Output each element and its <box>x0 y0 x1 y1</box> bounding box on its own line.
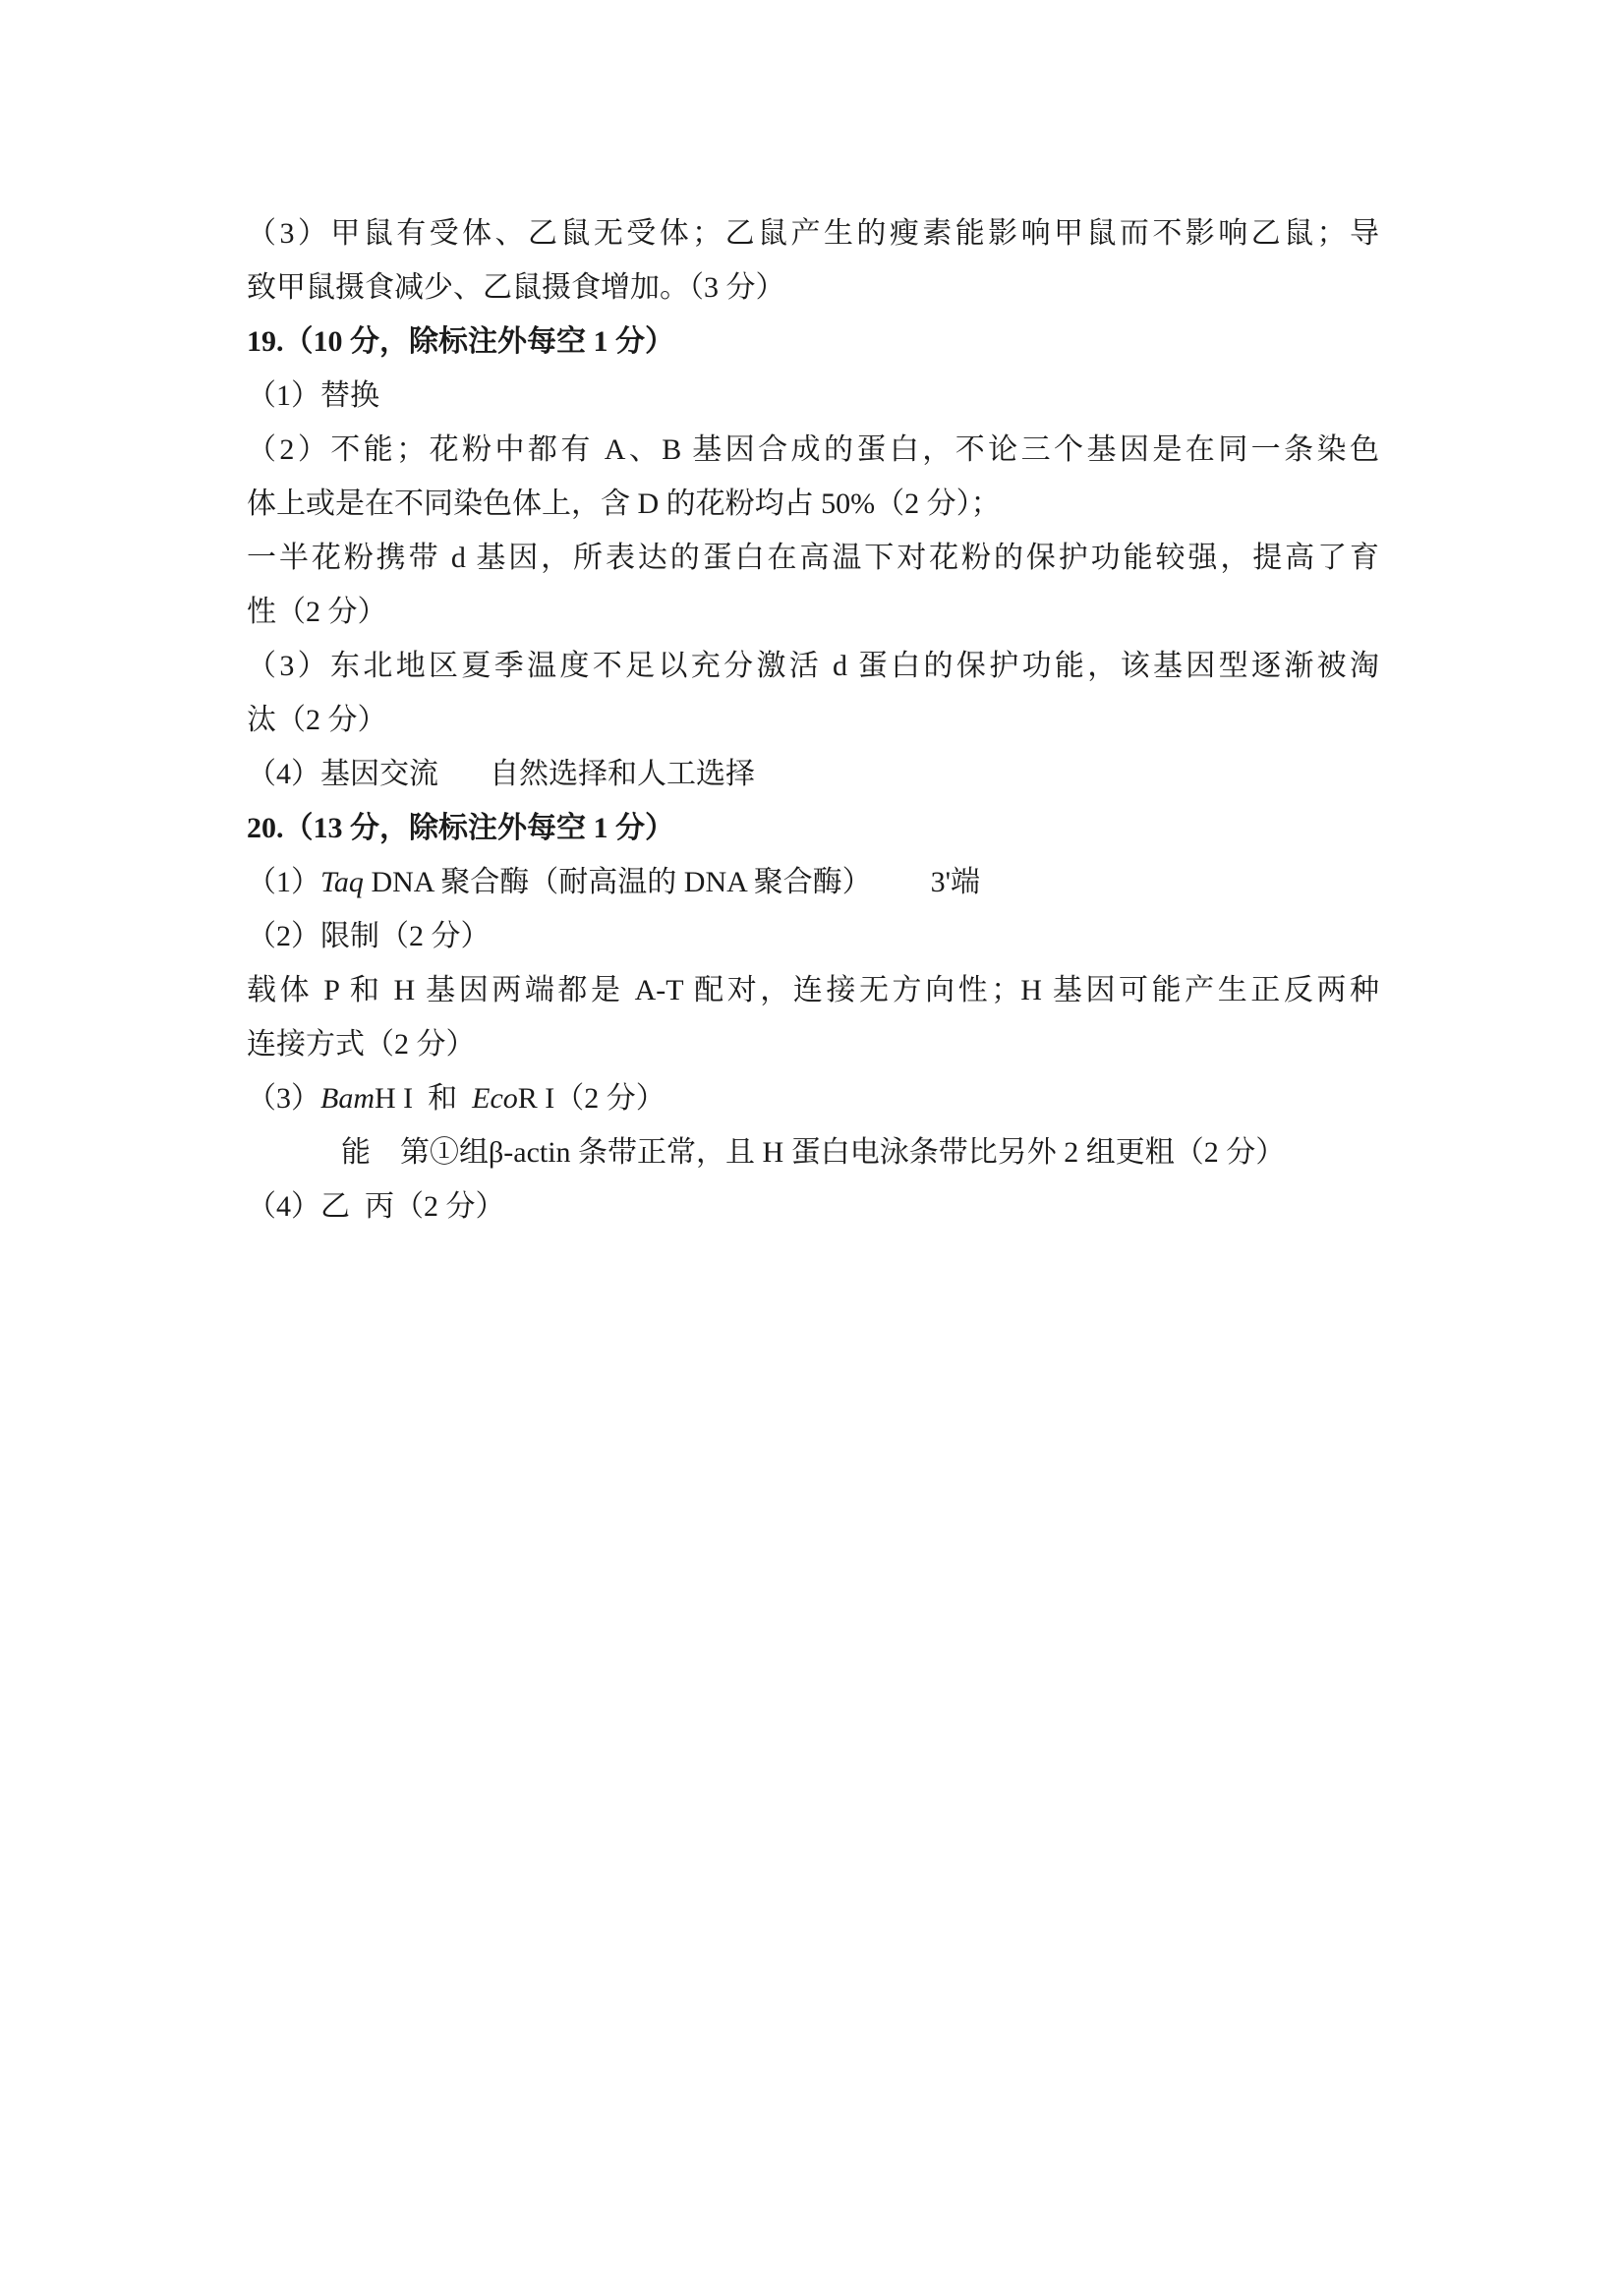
q19-part2-line4: 性（2 分） <box>247 585 1379 639</box>
q20-part3-line1: （3）BamH I 和 EcoR I（2 分） <box>247 1071 1379 1125</box>
q20-part2-line2: 载体 P 和 H 基因两端都是 A-T 配对，连接无方向性；H 基因可能产生正反… <box>247 963 1379 1017</box>
q19-part4: （4）基因交流自然选择和人工选择 <box>247 747 1379 801</box>
q20-part3-bam: Bam <box>320 1082 375 1115</box>
q20-part3-answer-b: 第①组β-actin 条带正常，且 H 蛋白电泳条带比另外 2 组更粗（2 分） <box>400 1136 1285 1169</box>
q19-part3-line2: 汰（2 分） <box>247 693 1379 747</box>
q20-heading: 20.（13 分，除标注外每空 1 分） <box>247 801 1379 855</box>
q19-part3-line1: （3）东北地区夏季温度不足以充分激活 d 蛋白的保护功能，该基因型逐渐被淘 <box>247 639 1379 693</box>
q19-part2-line3: 一半花粉携带 d 基因，所表达的蛋白在高温下对花粉的保护功能较强，提高了育 <box>247 531 1379 585</box>
q20-part4: （4）乙 丙（2 分） <box>247 1179 1379 1234</box>
q20-part3-bam-rest: H I 和 <box>375 1082 472 1115</box>
q20-part3-eco: Eco <box>472 1082 518 1115</box>
q20-part1-taq: Taq <box>320 866 364 898</box>
q20-part2-line3: 连接方式（2 分） <box>247 1017 1379 1071</box>
q20-part1-prefix: （1） <box>247 866 320 898</box>
q20-part1-end: 3'端 <box>931 866 980 898</box>
q20-part2-line1: （2）限制（2 分） <box>247 909 1379 963</box>
q19-part4-answer-b: 自然选择和人工选择 <box>490 758 755 790</box>
q20-part3-answer-a: 能 <box>341 1136 371 1169</box>
answer-key-page: （3）甲鼠有受体、乙鼠无受体；乙鼠产生的瘦素能影响甲鼠而不影响乙鼠；导 致甲鼠摄… <box>247 206 1379 1234</box>
q20-part3-line2: 能第①组β-actin 条带正常，且 H 蛋白电泳条带比另外 2 组更粗（2 分… <box>247 1125 1379 1179</box>
q18-part3-line2: 致甲鼠摄食减少、乙鼠摄食增加。（3 分） <box>247 260 1379 315</box>
q19-part1: （1）替换 <box>247 369 1379 423</box>
q19-heading: 19.（10 分，除标注外每空 1 分） <box>247 315 1379 369</box>
q20-part3-prefix: （3） <box>247 1082 320 1115</box>
q19-part2-line2: 体上或是在不同染色体上，含 D 的花粉均占 50%（2 分）； <box>247 477 1379 531</box>
q19-part4-answer-a: （4）基因交流 <box>247 758 438 790</box>
q18-part3-line1: （3）甲鼠有受体、乙鼠无受体；乙鼠产生的瘦素能影响甲鼠而不影响乙鼠；导 <box>247 206 1379 260</box>
q20-part1-rest: DNA 聚合酶（耐高温的 DNA 聚合酶） <box>364 866 872 898</box>
q20-part1: （1）Taq DNA 聚合酶（耐高温的 DNA 聚合酶）3'端 <box>247 855 1379 909</box>
q19-part2-line1: （2）不能；花粉中都有 A、B 基因合成的蛋白，不论三个基因是在同一条染色 <box>247 423 1379 477</box>
q20-part3-eco-rest: R I（2 分） <box>518 1082 665 1115</box>
